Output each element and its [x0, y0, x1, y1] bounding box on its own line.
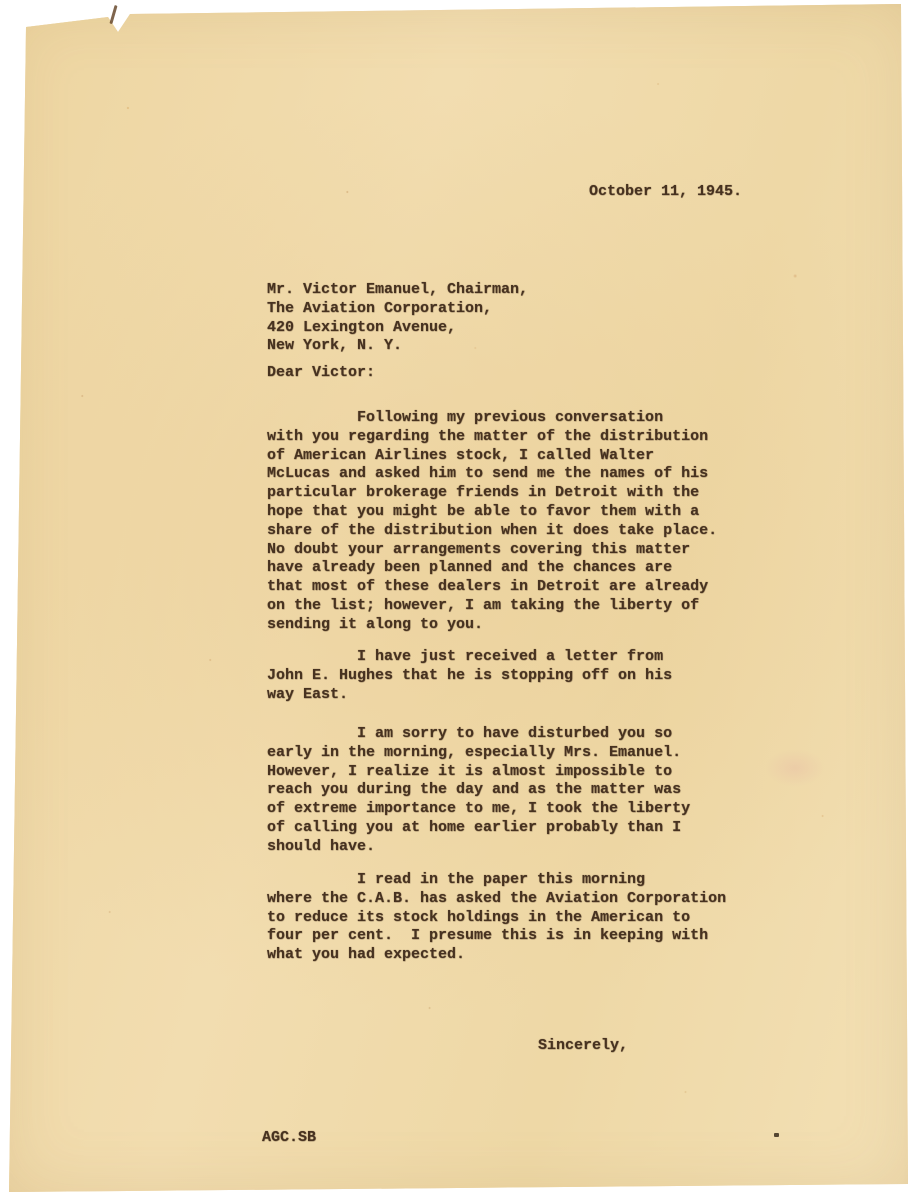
body-paragraph-1: Following my previous conversation with …	[267, 409, 717, 635]
paper-notch-crease	[109, 5, 117, 24]
closing: Sincerely,	[538, 1037, 628, 1056]
salutation: Dear Victor:	[267, 364, 375, 383]
recipient-address: Mr. Victor Emanuel, Chairman, The Aviati…	[267, 281, 528, 356]
stray-ink-mark	[774, 1133, 779, 1137]
body-paragraph-3: I am sorry to have disturbed you so earl…	[267, 725, 690, 857]
reference-initials: AGC.SB	[262, 1129, 316, 1148]
letter-page: October 11, 1945. Mr. Victor Emanuel, Ch…	[0, 0, 914, 1200]
scan-background: October 11, 1945. Mr. Victor Emanuel, Ch…	[0, 0, 914, 1200]
body-paragraph-2: I have just received a letter from John …	[267, 648, 672, 704]
letter-date: October 11, 1945.	[589, 183, 742, 202]
body-paragraph-4: I read in the paper this morning where t…	[267, 871, 726, 965]
